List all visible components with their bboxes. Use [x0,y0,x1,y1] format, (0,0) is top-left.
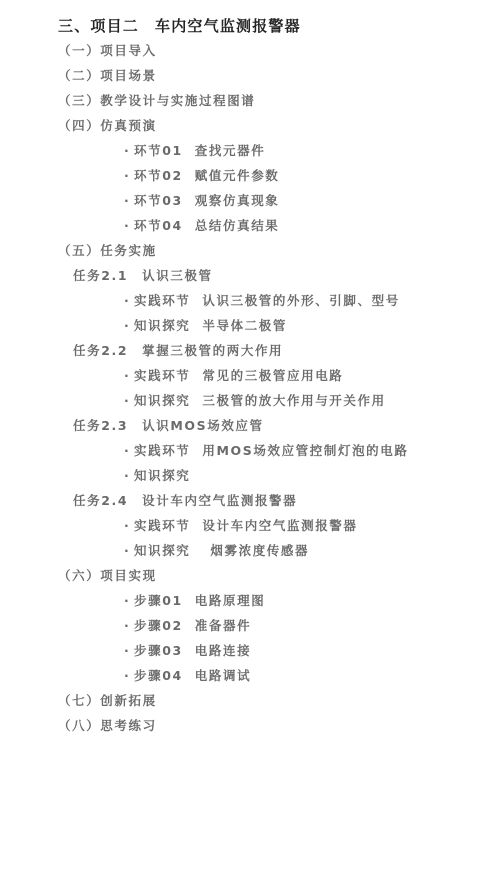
toc-section-item[interactable]: （八）思考练习 [58,717,157,735]
toc-task-item[interactable]: 任务2.2掌握三极管的两大作用 [73,342,283,360]
section-title-text: 车内空气监测报警器 [155,17,301,35]
toc-subitem-key: 步骤04 [134,668,183,683]
toc-subitem-title: 三极管的放大作用与开关作用 [202,393,385,408]
toc-subitem-title: 常见的三极管应用电路 [202,368,343,383]
toc-section-label: （一）项目导入 [58,43,157,58]
toc-subitem-key: 知识探究 [134,393,190,408]
toc-section-label: （二）项目场景 [58,68,157,83]
section-title: 三、项目二车内空气监测报警器 [58,15,301,36]
bullet-dot-icon: · [124,542,134,560]
toc-subitem[interactable]: ·知识探究 [124,467,202,485]
toc-subitem-title: 烟雾浓度传感器 [210,543,309,558]
toc-task-number: 任务2.3 [73,418,128,433]
toc-section-item[interactable]: （三）教学设计与实施过程图谱 [58,92,255,110]
bullet-dot-icon: · [124,192,134,210]
bullet-dot-icon: · [124,442,134,460]
bullet-dot-icon: · [124,317,134,335]
toc-section-item[interactable]: （二）项目场景 [58,67,157,85]
toc-subitem[interactable]: ·知识探究三极管的放大作用与开关作用 [124,392,386,410]
toc-section-item[interactable]: （一）项目导入 [58,42,157,60]
toc-subitem-key: 知识探究 [134,468,190,483]
toc-task-number: 任务2.4 [73,493,128,508]
toc-subitem-key: 环节04 [134,218,183,233]
toc-subitem[interactable]: ·实践环节认识三极管的外形、引脚、型号 [124,292,400,310]
toc-section-label: （七）创新拓展 [58,693,157,708]
toc-subitem[interactable]: ·知识探究烟雾浓度传感器 [124,542,309,560]
toc-section-item[interactable]: （四）仿真预演 [58,117,157,135]
toc-subitem[interactable]: ·实践环节常见的三极管应用电路 [124,367,343,385]
bullet-dot-icon: · [124,592,134,610]
toc-subitem[interactable]: ·环节02赋值元件参数 [124,167,279,185]
toc-subitem-key: 知识探究 [134,543,190,558]
toc-subitem-key: 环节01 [134,143,183,158]
toc-task-item[interactable]: 任务2.4设计车内空气监测报警器 [73,492,297,510]
toc-task-title: 认识MOS场效应管 [142,418,263,433]
toc-subitem[interactable]: ·步骤02准备器件 [124,617,251,635]
toc-subitem-key: 实践环节 [134,368,190,383]
toc-subitem-title: 电路连接 [195,643,251,658]
toc-subitem[interactable]: ·步骤04电路调试 [124,667,251,685]
toc-subitem-title: 电路调试 [195,668,251,683]
toc-task-item[interactable]: 任务2.1认识三极管 [73,267,213,285]
toc-task-title: 设计车内空气监测报警器 [142,493,297,508]
toc-subitem-title: 准备器件 [195,618,251,633]
toc-subitem[interactable]: ·环节01查找元器件 [124,142,265,160]
toc-subitem-key: 实践环节 [134,518,190,533]
toc-subitem-title: 总结仿真结果 [195,218,280,233]
bullet-dot-icon: · [124,217,134,235]
toc-section-label: （六）项目实现 [58,568,157,583]
toc-subitem-title: 查找元器件 [195,143,266,158]
toc-task-title: 掌握三极管的两大作用 [142,343,283,358]
toc-subitem[interactable]: ·环节04总结仿真结果 [124,217,279,235]
toc-task-number: 任务2.1 [73,268,128,283]
bullet-dot-icon: · [124,642,134,660]
toc-subitem-title: 用MOS场效应管控制灯泡的电路 [202,443,408,458]
toc-subitem[interactable]: ·实践环节设计车内空气监测报警器 [124,517,358,535]
toc-section-label: （五）任务实施 [58,243,157,258]
toc-subitem-key: 环节02 [134,168,183,183]
toc-subitem[interactable]: ·实践环节用MOS场效应管控制灯泡的电路 [124,442,408,460]
toc-subitem-key: 知识探究 [134,318,190,333]
toc-task-title: 认识三极管 [142,268,213,283]
toc-subitem[interactable]: ·步骤01电路原理图 [124,592,265,610]
bullet-dot-icon: · [124,617,134,635]
toc-subitem-title: 半导体二极管 [202,318,287,333]
toc-subitem-title: 观察仿真现象 [195,193,280,208]
toc-section-item[interactable]: （六）项目实现 [58,567,157,585]
toc-subitem-title: 设计车内空气监测报警器 [202,518,357,533]
toc-subitem[interactable]: ·环节03观察仿真现象 [124,192,279,210]
toc-section-label: （八）思考练习 [58,718,157,733]
toc-subitem-key: 实践环节 [134,443,190,458]
toc-section-item[interactable]: （七）创新拓展 [58,692,157,710]
toc-section-label: （三）教学设计与实施过程图谱 [58,93,255,108]
bullet-dot-icon: · [124,292,134,310]
bullet-dot-icon: · [124,142,134,160]
toc-subitem[interactable]: ·知识探究半导体二极管 [124,317,287,335]
toc-subitem-key: 步骤02 [134,618,183,633]
toc-subitem-title: 赋值元件参数 [195,168,280,183]
bullet-dot-icon: · [124,667,134,685]
toc-section-item[interactable]: （五）任务实施 [58,242,157,260]
bullet-dot-icon: · [124,167,134,185]
toc-subitem-key: 步骤03 [134,643,183,658]
toc-subitem[interactable]: ·步骤03电路连接 [124,642,251,660]
toc-subitem-title: 电路原理图 [195,593,266,608]
toc-subitem-key: 环节03 [134,193,183,208]
bullet-dot-icon: · [124,392,134,410]
bullet-dot-icon: · [124,517,134,535]
bullet-dot-icon: · [124,367,134,385]
toc-subitem-key: 步骤01 [134,593,183,608]
toc-subitem-key: 实践环节 [134,293,190,308]
toc-task-item[interactable]: 任务2.3认识MOS场效应管 [73,417,264,435]
section-title-prefix: 三、项目二 [58,17,139,35]
bullet-dot-icon: · [124,467,134,485]
toc-subitem-title: 认识三极管的外形、引脚、型号 [202,293,399,308]
toc-section-label: （四）仿真预演 [58,118,157,133]
toc-task-number: 任务2.2 [73,343,128,358]
